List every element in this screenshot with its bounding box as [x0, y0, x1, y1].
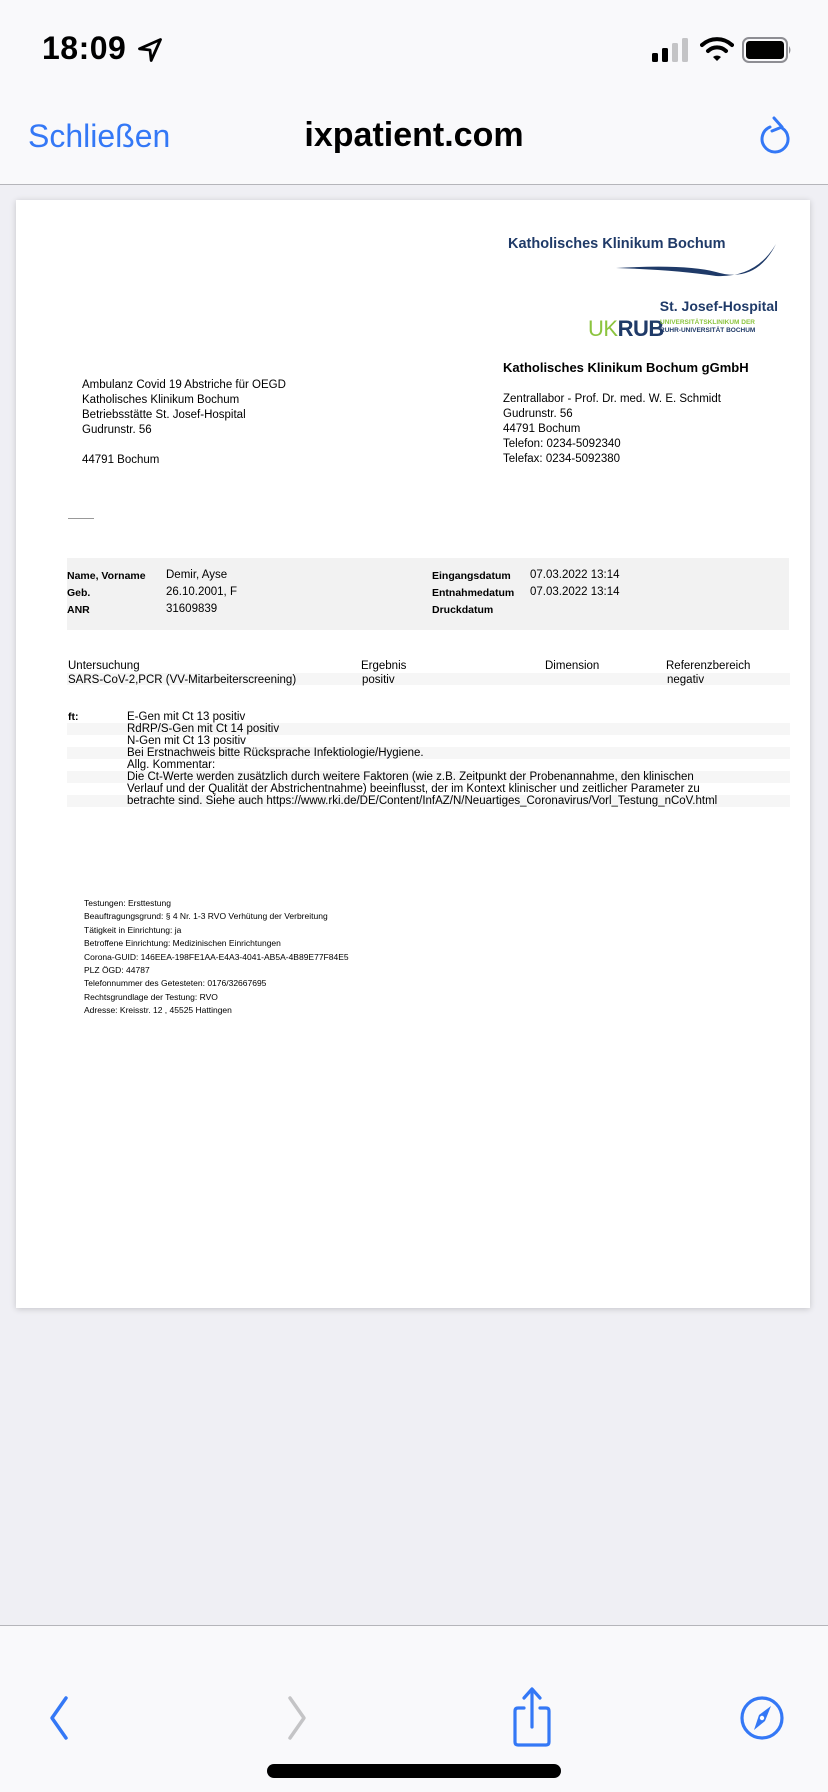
collected-date: 07.03.2022 13:14 [530, 586, 620, 598]
ukrub-logo-uk: UK [588, 316, 618, 341]
note-line: Tätigkeit in Einrichtung: ja [84, 924, 349, 937]
wifi-icon [700, 36, 734, 62]
note-line: Betroffene Einrichtung: Medizinischen Ei… [84, 937, 349, 950]
note-line: Corona-GUID: 146EEA-198FE1AA-E4A3-4041-A… [84, 951, 349, 964]
logo-swoosh-icon [596, 238, 796, 288]
hospital-logo-subtitle: St. Josef-Hospital [616, 298, 778, 314]
recipient-address-line: Ambulanz Covid 19 Abstriche für OEGD [82, 378, 286, 393]
chevron-left-icon[interactable] [28, 1684, 88, 1748]
ft-line: Allg. Kommentar: [127, 759, 717, 771]
ft-line: RdRP/S-Gen mit Ct 14 positiv [127, 723, 717, 735]
browser-nav-bar: Schließen ixpatient.com [0, 100, 828, 185]
result-test-name: SARS-CoV-2,PCR (VV-Mitarbeiterscreening) [68, 674, 296, 686]
page-url: ixpatient.com [0, 116, 828, 155]
ft-line: betrachte sind. Siehe auch https://www.r… [127, 795, 717, 807]
status-bar: 18:09 [0, 0, 828, 100]
column-header: Referenzbereich [666, 660, 750, 672]
received-date: 07.03.2022 13:14 [530, 569, 620, 581]
document-page: Katholisches Klinikum Bochum St. Josef-H… [16, 200, 810, 1308]
ukrub-logo-caption: UNIVERSITÄTSKLINIKUM DER RUHR-UNIVERSITÄ… [660, 319, 755, 335]
share-icon[interactable] [502, 1684, 562, 1748]
recipient-address-line: Gudrunstr. 56 [82, 423, 286, 438]
note-line: Adresse: Kreisstr. 12 , 45525 Hattingen [84, 1004, 349, 1017]
ukrub-caption-line-2: RUHR-UNIVERSITÄT BOCHUM [660, 327, 755, 335]
chevron-right-icon[interactable] [268, 1684, 328, 1748]
note-line: Telefonnummer des Getesteten: 0176/32667… [84, 977, 349, 990]
ft-line: Die Ct-Werte werden zusätzlich durch wei… [127, 771, 717, 783]
lab-address-line: 44791 Bochum [503, 422, 721, 437]
ft-line: E-Gen mit Ct 13 positiv [127, 711, 717, 723]
ft-line: Verlauf und der Qualität der Abstrichent… [127, 783, 717, 795]
recipient-address-line [82, 438, 286, 453]
patient-name: Demir, Ayse [166, 569, 227, 581]
patient-info-box: Name, Vorname Demir, Ayse Geb. 26.10.200… [67, 558, 789, 630]
collected-label: Entnahmedatum [432, 587, 514, 599]
lab-address-line: Telefon: 0234-5092340 [503, 437, 721, 452]
recipient-address: Ambulanz Covid 19 Abstriche für OEGD Kat… [82, 378, 286, 468]
column-header: Untersuchung [68, 660, 140, 672]
note-line: Rechtsgrundlage der Testung: RVO [84, 991, 349, 1004]
compass-icon[interactable] [732, 1684, 792, 1748]
location-arrow-icon [136, 36, 164, 64]
ft-line: N-Gen mit Ct 13 positiv [127, 735, 717, 747]
patient-anr: 31609839 [166, 603, 217, 615]
ft-label: ft: [68, 711, 79, 723]
anr-label: ANR [67, 604, 90, 616]
ft-comments: E-Gen mit Ct 13 positiv RdRP/S-Gen mit C… [127, 711, 717, 807]
lab-address: Zentrallabor - Prof. Dr. med. W. E. Schm… [503, 392, 721, 467]
fold-mark [68, 518, 94, 519]
cellular-signal-icon [652, 38, 690, 62]
battery-icon [742, 37, 792, 63]
patient-dob: 26.10.2001, F [166, 586, 237, 598]
recipient-address-line: 44791 Bochum [82, 453, 286, 468]
home-indicator[interactable] [267, 1764, 561, 1778]
company-name: Katholisches Klinikum Bochum gGmbH [503, 360, 749, 375]
test-notes: Testungen: Ersttestung Beauftragungsgrun… [84, 897, 349, 1018]
ukrub-caption-line-1: UNIVERSITÄTSKLINIKUM DER [660, 319, 755, 327]
name-label: Name, Vorname [67, 570, 146, 582]
ft-line: Bei Erstnachweis bitte Rücksprache Infek… [127, 747, 717, 759]
lab-address-line: Gudrunstr. 56 [503, 407, 721, 422]
ukrub-logo-rub: RUB [618, 316, 664, 341]
dob-label: Geb. [67, 587, 90, 599]
status-time: 18:09 [42, 30, 126, 67]
recipient-address-line: Betriebsstätte St. Josef-Hospital [82, 408, 286, 423]
reload-icon[interactable] [756, 114, 796, 158]
note-line: Testungen: Ersttestung [84, 897, 349, 910]
lab-address-line: Zentrallabor - Prof. Dr. med. W. E. Schm… [503, 392, 721, 407]
result-reference: negativ [667, 674, 704, 686]
result-value: positiv [362, 674, 395, 686]
received-label: Eingangsdatum [432, 570, 511, 582]
lab-address-line: Telefax: 0234-5092380 [503, 452, 721, 467]
printed-label: Druckdatum [432, 604, 493, 616]
note-line: PLZ ÖGD: 44787 [84, 964, 349, 977]
column-header: Dimension [545, 660, 599, 672]
document-viewer[interactable]: Katholisches Klinikum Bochum St. Josef-H… [0, 185, 828, 1625]
note-line: Beauftragungsgrund: § 4 Nr. 1-3 RVO Verh… [84, 910, 349, 923]
column-header: Ergebnis [361, 660, 406, 672]
recipient-address-line: Katholisches Klinikum Bochum [82, 393, 286, 408]
ukrub-logo: UKRUB [588, 316, 664, 342]
